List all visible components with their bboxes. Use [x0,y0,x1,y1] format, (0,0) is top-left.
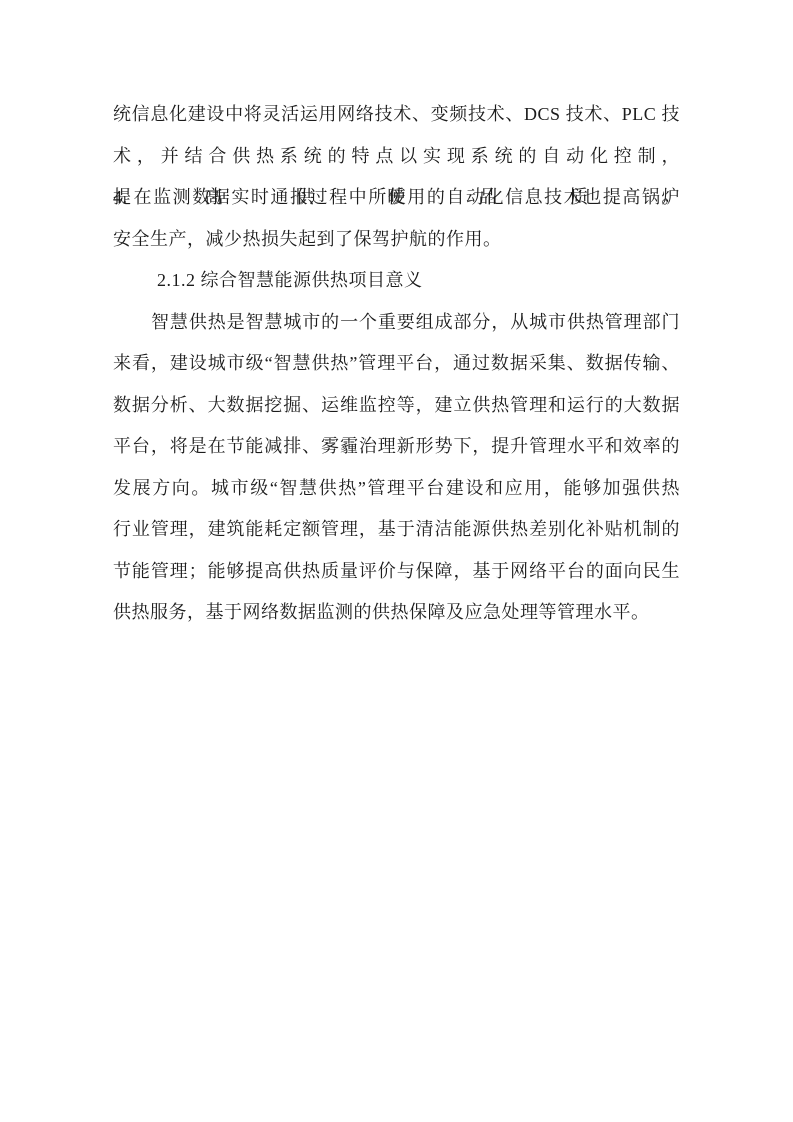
text-line: 行业管理，建筑能耗定额管理，基于清洁能源供热差别化补贴机制的 [113,509,680,551]
document-page: 统信息化建设中将灵活运用网络技术、变频技术、DCS 技术、PLC 技 术，并结合… [0,0,793,1122]
text-line: 统信息化建设中将灵活运用网络技术、变频技术、DCS 技术、PLC 技 [113,94,680,136]
text-line: 来看，建设城市级“智慧供热”管理平台，通过数据采集、数据传输、 [113,343,680,385]
text-line: 安全生产，减少热损失起到了保驾护航的作用。 [113,219,680,261]
text-line: 4. 在监测数据实时通报过程中所使用的自动化信息技术也提高锅炉 [113,177,680,219]
body-text-block: 统信息化建设中将灵活运用网络技术、变频技术、DCS 技术、PLC 技 术，并结合… [113,94,680,634]
text-line: 智慧供热是智慧城市的一个重要组成部分，从城市供热管理部门 [113,302,680,344]
text-line: 数据分析、大数据挖掘、运维监控等，建立供热管理和运行的大数据 [113,385,680,427]
text-line: 发展方向。城市级“智慧供热”管理平台建设和应用，能够加强供热 [113,468,680,510]
section-heading: 2.1.2 综合智慧能源供热项目意义 [113,260,680,302]
text-line: 术，并结合供热系统的特点以实现系统的自动化控制，提高供暖品质。 [113,136,680,178]
text-line: 节能管理；能够提高供热质量评价与保障，基于网络平台的面向民生 [113,551,680,593]
text-line: 供热服务，基于网络数据监测的供热保障及应急处理等管理水平。 [113,592,680,634]
text-line: 平台，将是在节能减排、雾霾治理新形势下，提升管理水平和效率的 [113,426,680,468]
